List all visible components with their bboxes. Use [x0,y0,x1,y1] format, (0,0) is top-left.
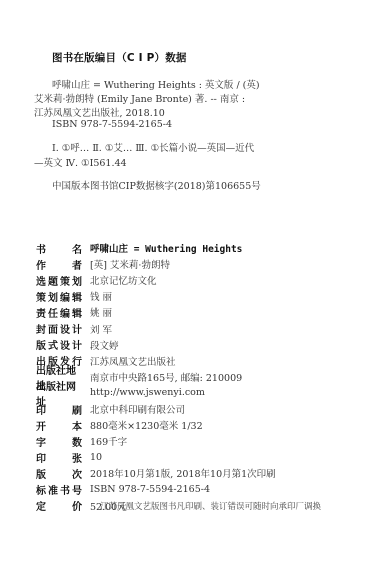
colophon-value: 南京市中央路165号, 邮编: 210009 [90,370,242,384]
colophon-label-char: 者 [72,257,82,272]
cip-line-1: 呼啸山庄 = Wuthering Heights : 英文版 / (英) [52,77,260,91]
colophon-label-char: 本 [72,418,82,433]
colophon-row: 出版社网址http://www.jswenyi.com [36,385,205,401]
colophon-label: 选题策划 [36,273,82,288]
colophon-value: ISBN 978-7-5594-2165-4 [90,484,210,495]
colophon-row: 选题策划北京记忆坊文化 [36,272,157,288]
footnote: 江苏凤凰文艺版图书凡印刷、装订错误可随时向承印厂调换 [100,500,321,512]
colophon-label: 责任编辑 [36,305,82,320]
cip-heading: 图书在版编目（C I P）数据 [52,50,187,65]
colophon-label: 作者 [36,257,82,272]
colophon-row: 责任编辑姚 丽 [36,304,112,320]
colophon-label-char: 划 [72,273,82,288]
colophon-label: 版式设计 [36,337,82,352]
colophon-row: 印刷北京中科印刷有限公司 [36,401,185,417]
colophon-label-char: 责 [36,305,46,320]
colophon-row: 字数169千字 [36,433,127,449]
colophon-value: 880毫米×1230毫米 1/32 [90,418,203,432]
colophon-row: 策划编辑钱 丽 [36,288,112,304]
colophon-value: [英] 艾米莉·勃朗特 [90,257,170,271]
colophon-label: 印刷 [36,402,82,417]
colophon-label-char: 编 [60,289,70,304]
colophon-label-char: 计 [72,321,82,336]
colophon-value: 段文婷 [90,338,119,352]
colophon-label-char: 名 [72,241,82,256]
colophon-label-char: 辑 [72,289,82,304]
colophon-label-char: 印 [36,450,46,465]
colophon-label-char: 版 [36,337,46,352]
colophon-label-char: 划 [48,289,58,304]
colophon-label-char: 书 [36,241,46,256]
colophon-label-char: 任 [48,305,58,320]
cip-classification-1: Ⅰ. ①呼… Ⅱ. ①艾… Ⅲ. ①长篇小说—英国—近代 [52,140,254,154]
colophon-label-char: 题 [48,273,58,288]
colophon-label: 标准书号 [36,482,82,497]
colophon-label: 策划编辑 [36,289,82,304]
colophon-label-char: 字 [36,434,46,449]
colophon-label: 字数 [36,434,82,449]
colophon-label: 封面设计 [36,321,82,336]
colophon-value: 北京中科印刷有限公司 [90,402,185,416]
colophon-label-char: 编 [60,305,70,320]
colophon-row: 标准书号ISBN 978-7-5594-2165-4 [36,482,210,498]
colophon-label-char: 印 [36,402,46,417]
colophon-label-char: 定 [36,498,46,513]
colophon-label-char: 数 [72,434,82,449]
colophon-label: 书名 [36,241,82,256]
colophon-label-char: 标 [36,482,46,497]
cip-line-3: 江苏凤凰文艺出版社, 2018.10 [34,105,165,119]
colophon-value: 江苏凤凰文艺出版社 [90,354,176,368]
colophon-row: 开本880毫米×1230毫米 1/32 [36,417,203,433]
colophon-row: 作者[英] 艾米莉·勃朗特 [36,256,170,272]
colophon-label-char: 计 [72,337,82,352]
cip-classification-2: —英文 Ⅳ. ①I561.44 [34,155,127,169]
colophon-label-char: 价 [72,498,82,513]
colophon-label-char: 准 [48,482,58,497]
colophon-row: 版次2018年10月第1版, 2018年10月第1次印刷 [36,465,276,481]
colophon-label-char: 版 [36,466,46,481]
colophon-label-char: 策 [60,273,70,288]
colophon-value: 北京记忆坊文化 [90,273,157,287]
colophon-row: 版式设计段文婷 [36,337,119,353]
colophon-label: 版次 [36,466,82,481]
colophon-value: 刘 军 [90,322,112,336]
colophon-label-char: 作 [36,257,46,272]
colophon-value: 钱 丽 [90,289,112,303]
colophon-label-char: 封 [36,321,46,336]
colophon-label-char: 次 [72,466,82,481]
colophon-value: 姚 丽 [90,305,112,319]
colophon-label-char: 设 [60,321,70,336]
colophon-label: 印张 [36,450,82,465]
colophon-label-char: 策 [36,289,46,304]
colophon-label-char: 号 [72,482,82,497]
cip-isbn: ISBN 978-7-5594-2165-4 [52,119,172,130]
colophon-label-char: 书 [60,482,70,497]
colophon-label-char: 选 [36,273,46,288]
colophon-value: 2018年10月第1版, 2018年10月第1次印刷 [90,466,276,480]
colophon-label-char: 式 [48,337,58,352]
colophon-label-char: 设 [60,337,70,352]
colophon-label-char: 张 [72,450,82,465]
colophon-row: 封面设计刘 军 [36,321,112,337]
colophon-label-char: 刷 [72,402,82,417]
colophon-value: 呼啸山庄 = Wuthering Heights [90,241,242,255]
cip-line-2: 艾米莉·勃朗特 (Emily Jane Bronte) 著. -- 南京 : [34,91,245,105]
colophon-label: 开本 [36,418,82,433]
colophon-label-char: 辑 [72,305,82,320]
colophon-label-char: 面 [48,321,58,336]
colophon-label: 定价 [36,498,82,513]
colophon-row: 书名呼啸山庄 = Wuthering Heights [36,240,242,256]
colophon-value: http://www.jswenyi.com [90,387,205,398]
colophon-value: 10 [90,452,102,463]
cip-number: 中国版本图书馆CIP数据核字(2018)第106655号 [52,178,261,192]
colophon-row: 印张10 [36,449,102,465]
colophon-label-char: 开 [36,418,46,433]
colophon-value: 169千字 [90,434,127,448]
